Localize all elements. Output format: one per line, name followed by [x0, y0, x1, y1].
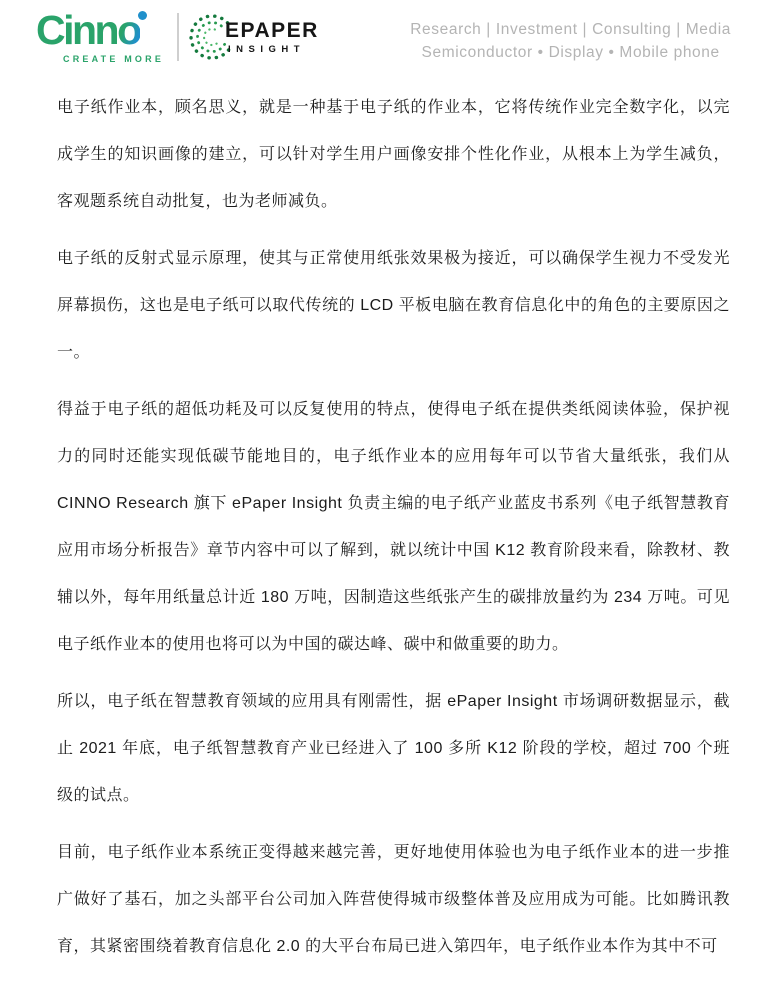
cinno-tagline: CREATE MORE	[63, 54, 164, 64]
logo-divider	[177, 13, 179, 61]
paragraph-3: 得益于电子纸的超低功耗及可以反复使用的特点，使得电子纸在提供类纸阅读体验，保护视…	[57, 386, 730, 668]
cinno-wordmark-green: Cinn	[36, 7, 117, 53]
cinno-blue-dot-icon	[138, 11, 147, 20]
cinno-logo: Cinno CREATE MORE	[36, 10, 164, 64]
services-line2: Semiconductor • Display • Mobile phone	[410, 41, 731, 64]
paragraph-4: 所以，电子纸在智慧教育领域的应用具有刚需性，据 ePaper Insight 市…	[57, 678, 730, 819]
article-page: Cinno CREATE MORE EPAPER INSIGHT Researc…	[0, 0, 781, 983]
epaper-wordmark: EPAPER INSIGHT	[225, 19, 319, 55]
epaper-wordmark-line1: EPAPER	[225, 19, 319, 42]
paragraph-2: 电子纸的反射式显示原理，使其与正常使用纸张效果极为接近，可以确保学生视力不受发光…	[57, 235, 730, 376]
header: Cinno CREATE MORE EPAPER INSIGHT Researc…	[0, 0, 781, 72]
services-line1: Research | Investment | Consulting | Med…	[410, 18, 731, 41]
cinno-wordmark-gradient-o: o	[117, 7, 140, 53]
cinno-wordmark: Cinno	[36, 10, 140, 51]
epaper-wordmark-line2: INSIGHT	[225, 44, 319, 55]
services-tagline: Research | Investment | Consulting | Med…	[410, 18, 731, 64]
paragraph-5: 目前，电子纸作业本系统正变得越来越完善，更好地使用体验也为电子纸作业本的进一步推…	[57, 829, 730, 970]
epaper-ring-middle	[198, 23, 225, 52]
epaper-ring-inner	[204, 29, 217, 45]
epaper-insight-logo: EPAPER INSIGHT	[186, 8, 319, 66]
article-body: 电子纸作业本，顾名思义，就是一种基于电子纸的作业本，它将传统作业完全数字化，以完…	[0, 72, 781, 970]
paragraph-1: 电子纸作业本，顾名思义，就是一种基于电子纸的作业本，它将传统作业完全数字化，以完…	[57, 84, 730, 225]
